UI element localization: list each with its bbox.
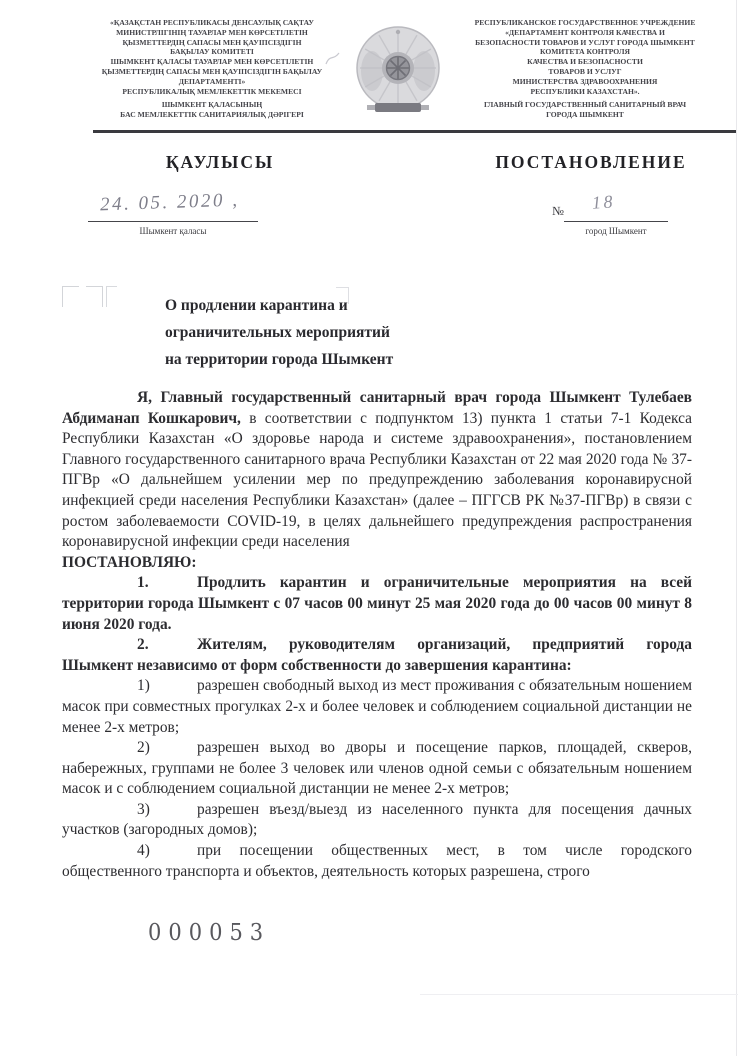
intro-paragraph: Я, Главный государственный санитарный вр… <box>62 388 692 553</box>
decree-subitem-4: 4)при посещении общественных мест, в том… <box>62 841 692 882</box>
date-underline <box>88 221 258 222</box>
scan-artifact <box>106 286 117 307</box>
kazakhstan-emblem-icon <box>355 24 441 123</box>
date-place-caption: Шымкент қаласы <box>88 226 258 236</box>
letterhead-russian: РЕСПУБЛИКАНСКОЕ ГОСУДАРСТВЕННОЕ УЧРЕЖДЕН… <box>436 18 734 120</box>
pen-scribble-artifact <box>324 50 342 73</box>
page-stamp-number: 000053 <box>148 919 270 946</box>
decree-body: Я, Главный государственный санитарный вр… <box>62 388 692 882</box>
org-name-ru: РЕСПУБЛИКАНСКОЕ ГОСУДАРСТВЕННОЕ УЧРЕЖДЕН… <box>436 18 734 96</box>
decree-subitem-2: 2)разрешен выход во дворы и посещение па… <box>62 738 692 800</box>
heading-kaulysy: ҚАУЛЫСЫ <box>128 152 312 173</box>
number-sign: № <box>552 204 564 219</box>
decree-item-2: 2.Жителям, руководителям организаций, пр… <box>62 635 692 676</box>
letterhead-divider <box>93 130 737 133</box>
scan-artifact <box>420 994 738 995</box>
scan-artifact <box>86 286 103 307</box>
issuer-title-kk: ШЫМКЕНТ ҚАЛАСЫНЫҢ БАС МЕМЛЕКЕТТІК САНИТА… <box>62 100 362 120</box>
decree-subitem-1: 1)разрешен свободный выход из мест прожи… <box>62 676 692 738</box>
decree-subitem-3: 3)разрешен въезд/выезд из населенного пу… <box>62 800 692 841</box>
scan-artifact <box>62 286 79 307</box>
handwritten-date: 24. 05. 2020 , <box>100 190 240 217</box>
heading-postanovlenie: ПОСТАНОВЛЕНИЕ <box>488 152 694 173</box>
letterhead-kazakh: «ҚАЗАҚСТАН РЕСПУБЛИКАСЫ ДЕНСАУЛЫҚ САҚТАУ… <box>62 18 362 120</box>
scanned-decree-page: «ҚАЗАҚСТАН РЕСПУБЛИКАСЫ ДЕНСАУЛЫҚ САҚТАУ… <box>0 0 740 1056</box>
decree-item-1: 1.Продлить карантин и ограничительные ме… <box>62 573 692 635</box>
number-underline <box>564 221 668 222</box>
org-name-kk: «ҚАЗАҚСТАН РЕСПУБЛИКАСЫ ДЕНСАУЛЫҚ САҚТАУ… <box>62 18 362 96</box>
scan-edge-line <box>736 0 737 1056</box>
issuer-title-ru: ГЛАВНЫЙ ГОСУДАРСТВЕННЫЙ САНИТАРНЫЙ ВРАЧ … <box>436 100 734 120</box>
number-place-caption: город Шымкент <box>552 226 680 236</box>
intro-regular-text: в соответствии с подпунктом 13) пункта 1… <box>62 410 692 551</box>
document-title: О продлении карантина и ограничительных … <box>165 292 485 373</box>
handwritten-number: 18 <box>591 191 615 214</box>
resolve-word: ПОСТАНОВЛЯЮ: <box>62 553 692 574</box>
